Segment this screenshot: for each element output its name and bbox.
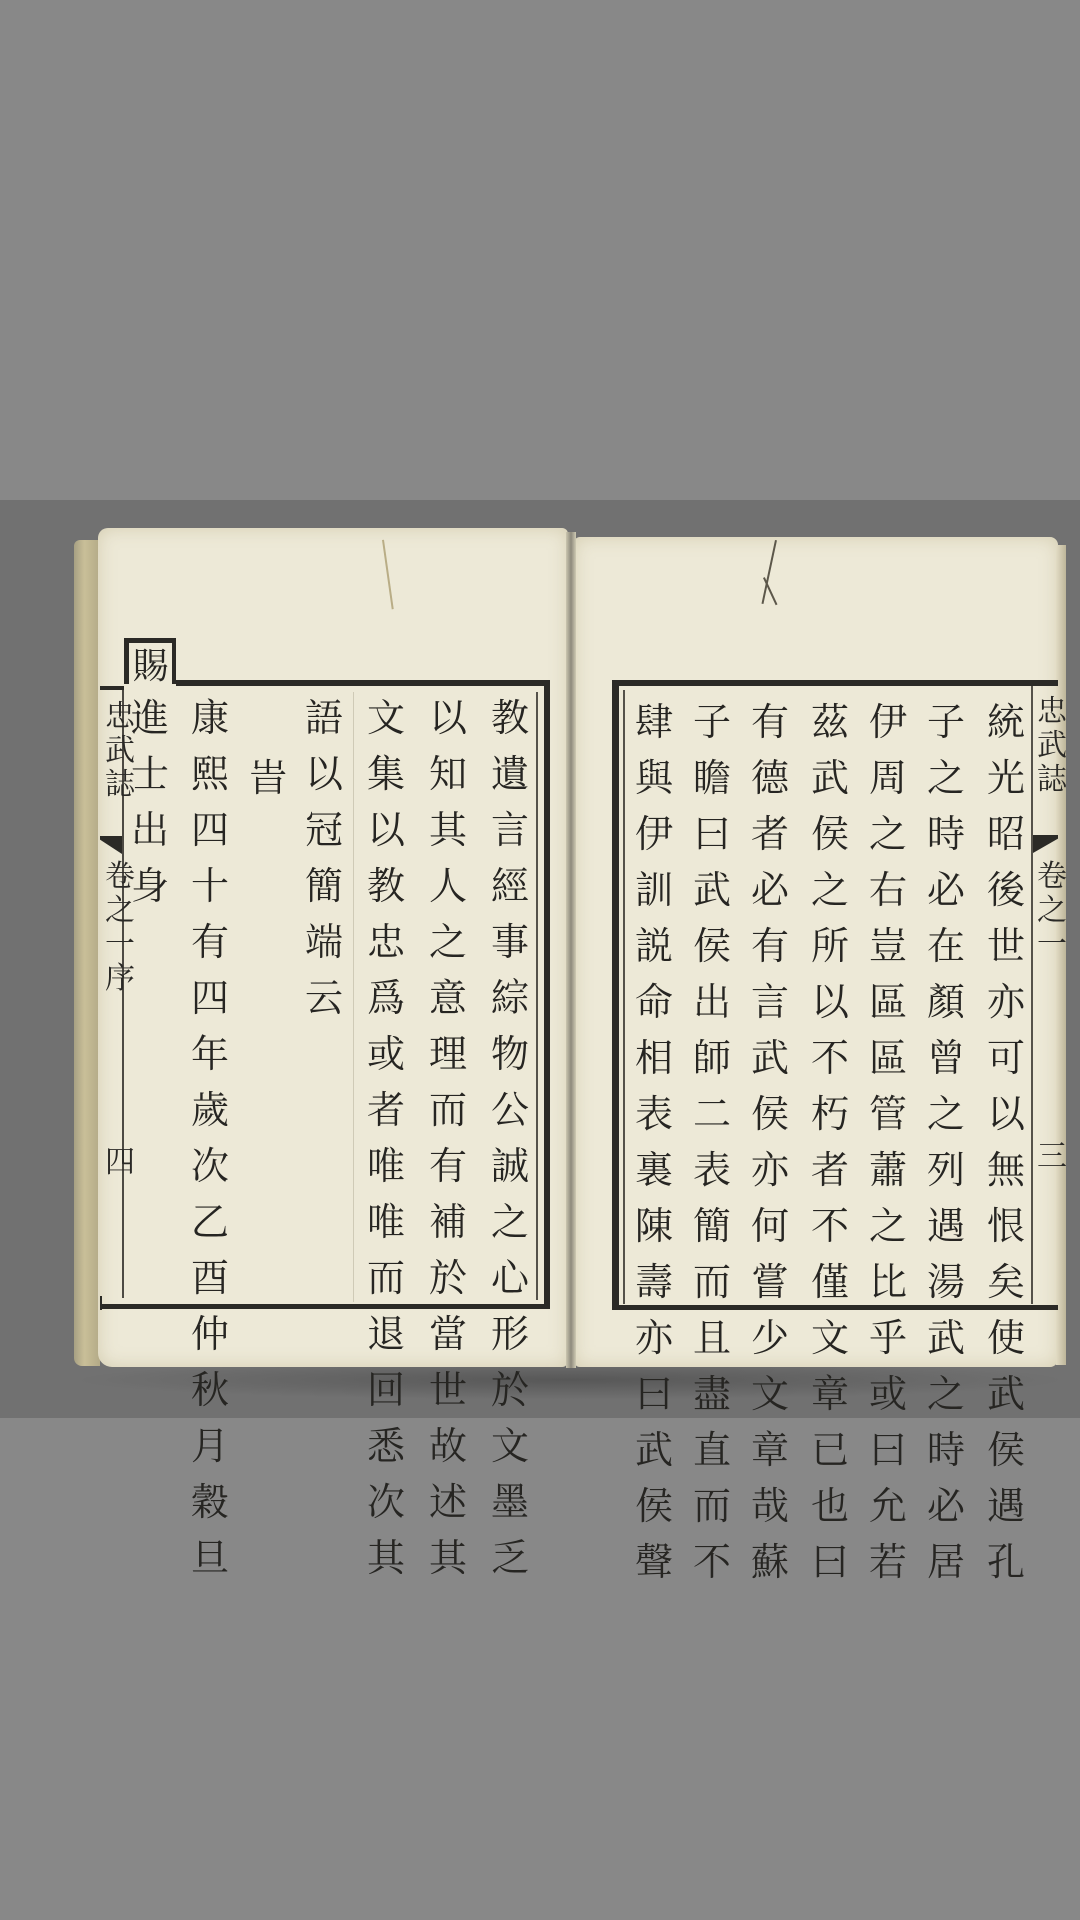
right-frame-top-rule: [612, 680, 1058, 686]
right-column-3: 伊周之右豈區區管蕭之比乎或曰允若: [864, 694, 912, 1590]
left-margin-top-stub: [100, 686, 124, 690]
right-column-1: 統光昭後世亦可以無恨矣使武侯遇孔: [982, 694, 1030, 1590]
left-page-number: 四: [100, 1146, 140, 1180]
right-page-number: 三: [1032, 1140, 1072, 1174]
right-frame-inner-line: [623, 690, 625, 1304]
right-column-7: 肆與伊訓説命相表裏陳壽亦曰武侯聲: [630, 694, 678, 1590]
right-column-2: 子之時必在顏曾之列遇湯武之時必居: [922, 694, 970, 1590]
right-column-4: 茲武侯之所以不朽者不僅文章已也曰: [806, 694, 854, 1590]
right-column-5: 有德者必有言武侯亦何嘗少文章哉蘇: [746, 694, 794, 1590]
right-frame-left-border: [612, 680, 619, 1310]
left-frame-right-border: [544, 680, 550, 1308]
right-margin-section: 卷 之 一: [1032, 860, 1072, 962]
heading-box: 賜: [124, 638, 176, 684]
left-frame-inner-line: [536, 692, 538, 1300]
left-page-edges: [74, 540, 100, 1366]
left-column-date-prefix: 旹: [244, 750, 292, 806]
right-margin-title: 忠 武 誌: [1032, 695, 1072, 797]
right-column-6: 子瞻曰武侯出師二表簡而且盡直而不: [688, 694, 736, 1590]
left-frame-bottom-rule: [100, 1304, 550, 1309]
left-frame-top-rule: [176, 680, 550, 686]
left-column-date: 康熙四十有四年歲次乙酉仲秋月穀旦: [186, 690, 234, 1586]
left-column-3: 文集以教忠爲或者唯唯而退回悉次其: [362, 690, 410, 1586]
book-gutter: [566, 532, 576, 1368]
column-divider: [353, 692, 354, 1302]
left-column-title: 進士出身: [126, 690, 174, 914]
left-column-2: 以知其人之意理而有補於當世故述其: [424, 690, 472, 1586]
left-column-1: 教遺言經事綜物公誠之心形於文墨乏: [486, 690, 534, 1586]
left-column-4: 語以冠簡端云: [300, 690, 348, 1026]
left-frame-corner: [100, 1296, 102, 1310]
